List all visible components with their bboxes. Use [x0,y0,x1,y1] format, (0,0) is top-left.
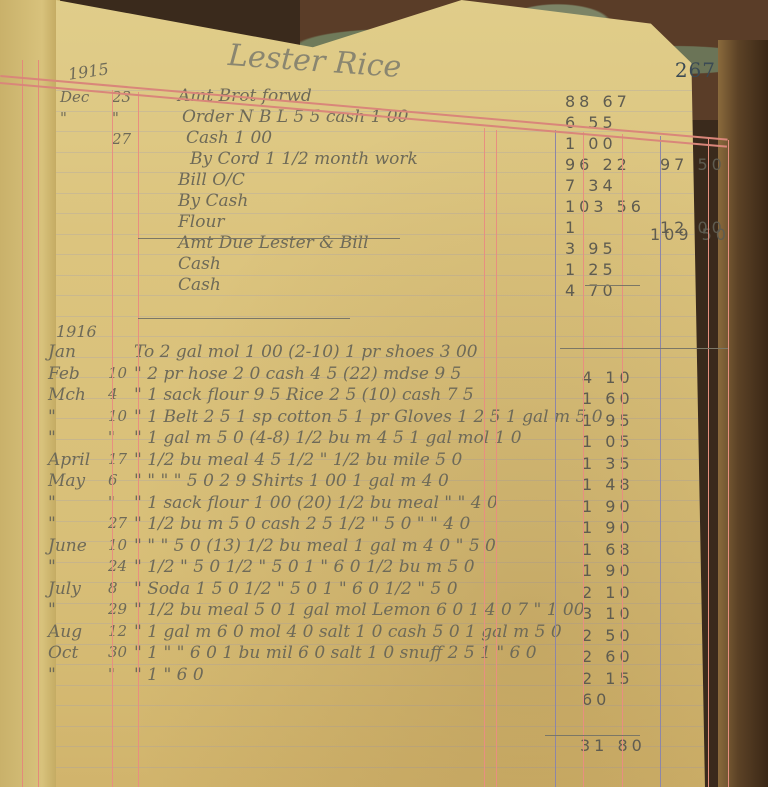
entry-month: " [48,428,56,448]
entry-amount: 3 95 [565,239,617,258]
entry-month: " [48,493,56,513]
entry-amount: 2 60 [582,647,634,666]
pencil-sum-rule [560,348,728,349]
entry-description: " " " 5 0 (13) 1/2 bu meal 1 gal m 4 0 "… [134,536,496,556]
entry-amount: 4 10 [582,368,634,387]
entry-description: " 1/2 bu m 5 0 cash 2 5 1/2 " 5 0 " " 4 … [134,514,470,534]
entry-amount: 1 95 [582,411,634,430]
entry-description: " 1 " 6 0 [134,665,204,685]
ledger-column-rule [660,136,661,787]
entry-amount: 103 56 [565,197,645,216]
ledger-column-rule [622,134,623,787]
ledger-column-rule [496,130,497,787]
entry-amount: 1 25 [565,260,617,279]
year-1916: 1916 [56,322,97,341]
entry-amount: 60 [582,690,610,709]
entry-day: " [112,109,119,127]
entry-amount: 88 67 [565,92,631,111]
entry-description: " Soda 1 5 0 1/2 " 5 0 1 " 6 0 1/2 " 5 0 [134,579,458,599]
entry-day: 17 [108,450,127,468]
entry-month: " [48,557,56,577]
entry-month: April [48,450,90,470]
pencil-sum-rule [585,285,640,286]
entry-month: " [48,407,56,427]
entry-amount: 1 68 [582,540,634,559]
entry-day: 10 [108,364,127,382]
pencil-sum-rule [545,735,640,736]
ledger-column-rule [555,130,556,787]
entry-day: 29 [108,600,127,618]
entry-day: 30 [108,643,127,661]
account-name: Lester Rice [227,38,403,85]
entry-month: Oct [48,643,78,663]
entry-description: " 2 pr hose 2 0 cash 4 5 (22) mdse 9 5 [134,364,461,384]
entry-description: " 1 gal m 6 0 mol 4 0 salt 1 0 cash 5 0 … [134,622,562,642]
entry-amount: 7 34 [565,176,617,195]
entry-amount: 1 05 [582,432,634,451]
header-year: 1915 [67,59,110,83]
pencil-sum-rule [138,238,400,239]
entry-description: Cash [178,254,221,274]
entry-amount: 1 48 [582,475,634,494]
entry-description: " 1 gal m 5 0 (4-8) 1/2 bu m 4 5 1 gal m… [134,428,522,448]
entry-description: Cash [178,275,221,295]
entry-month: Aug [48,622,82,642]
entry-credit: 97 50 [660,155,726,174]
entry-description: " 1 sack flour 1 00 (20) 1/2 bu meal " "… [134,493,498,513]
entry-description: To 2 gal mol 1 00 (2-10) 1 pr shoes 3 00 [134,342,478,362]
entry-amount: 1 60 [582,389,634,408]
ledger-column-rule [138,92,139,787]
entry-amount: 2 15 [582,669,634,688]
entry-amount: 1 [565,218,579,237]
page-number: 267 [675,58,716,82]
ledger-column-rule [484,128,485,787]
entry-month: May [48,471,85,491]
entry-description: Amt Due Lester & Bill [178,233,369,253]
entry-amount: 2 10 [582,583,634,602]
entry-description: Flour [178,212,225,232]
entry-month: " [60,109,67,127]
entry-amount: 4 70 [565,281,617,300]
ledger-overlay: 267 Lester Rice 1915 1916 Dec23Amt Brot … [0,0,768,787]
entry-day: 24 [108,557,127,575]
entry-description: Cash 1 00 [186,128,272,148]
entry-amount: 96 22 [565,155,631,174]
entry-description: By Cash [178,191,248,211]
entry-description: By Cord 1 1/2 month work [190,149,418,169]
entry-description: " " " " 5 0 2 9 Shirts 1 00 1 gal m 4 0 [134,471,449,491]
entry-month: Mch [48,385,86,405]
entry-amount: 1 90 [582,561,634,580]
ledger-column-rule [708,138,709,787]
entry-month: " [48,514,56,534]
entry-day: 10 [108,407,127,425]
ledger-total: 31 80 [580,736,646,755]
entry-credit-total: 109 50 [650,225,730,244]
entry-description: " 1 Belt 2 5 1 sp cotton 5 1 pr Gloves 1… [134,407,603,427]
entry-amount: 3 10 [582,604,634,623]
entry-amount: 2 50 [582,626,634,645]
ledger-column-rule [728,140,729,787]
entry-day: 27 [112,130,131,148]
entry-day: 27 [108,514,127,532]
entry-month: " [48,600,56,620]
ledger-column-rule [583,132,584,787]
entry-description: " 1 " " 6 0 1 bu mil 6 0 salt 1 0 snuff … [134,643,537,663]
entry-description: " 1 sack flour 9 5 Rice 2 5 (10) cash 7 … [134,385,474,405]
entry-month: Jan [48,342,76,362]
entry-day: 10 [108,536,127,554]
entry-month: June [48,536,87,556]
entry-day: 12 [108,622,127,640]
entry-description: " 1/2 " 5 0 1/2 " 5 0 1 " 6 0 1/2 bu m 5… [134,557,475,577]
header-double-rule [0,75,728,148]
entry-month: Feb [48,364,80,384]
entry-amount: 1 35 [582,454,634,473]
ledger-column-rule [112,90,113,787]
entry-month: " [48,665,56,685]
entry-description: " 1/2 bu meal 5 0 1 gal mol Lemon 6 0 1 … [134,600,585,620]
entry-amount: 1 90 [582,518,634,537]
entry-amount: 1 90 [582,497,634,516]
pencil-sum-rule [138,318,350,319]
entry-description: Bill O/C [178,170,245,190]
entry-month: July [48,579,81,599]
entry-description: " 1/2 bu meal 4 5 1/2 " 1/2 bu mile 5 0 [134,450,462,470]
